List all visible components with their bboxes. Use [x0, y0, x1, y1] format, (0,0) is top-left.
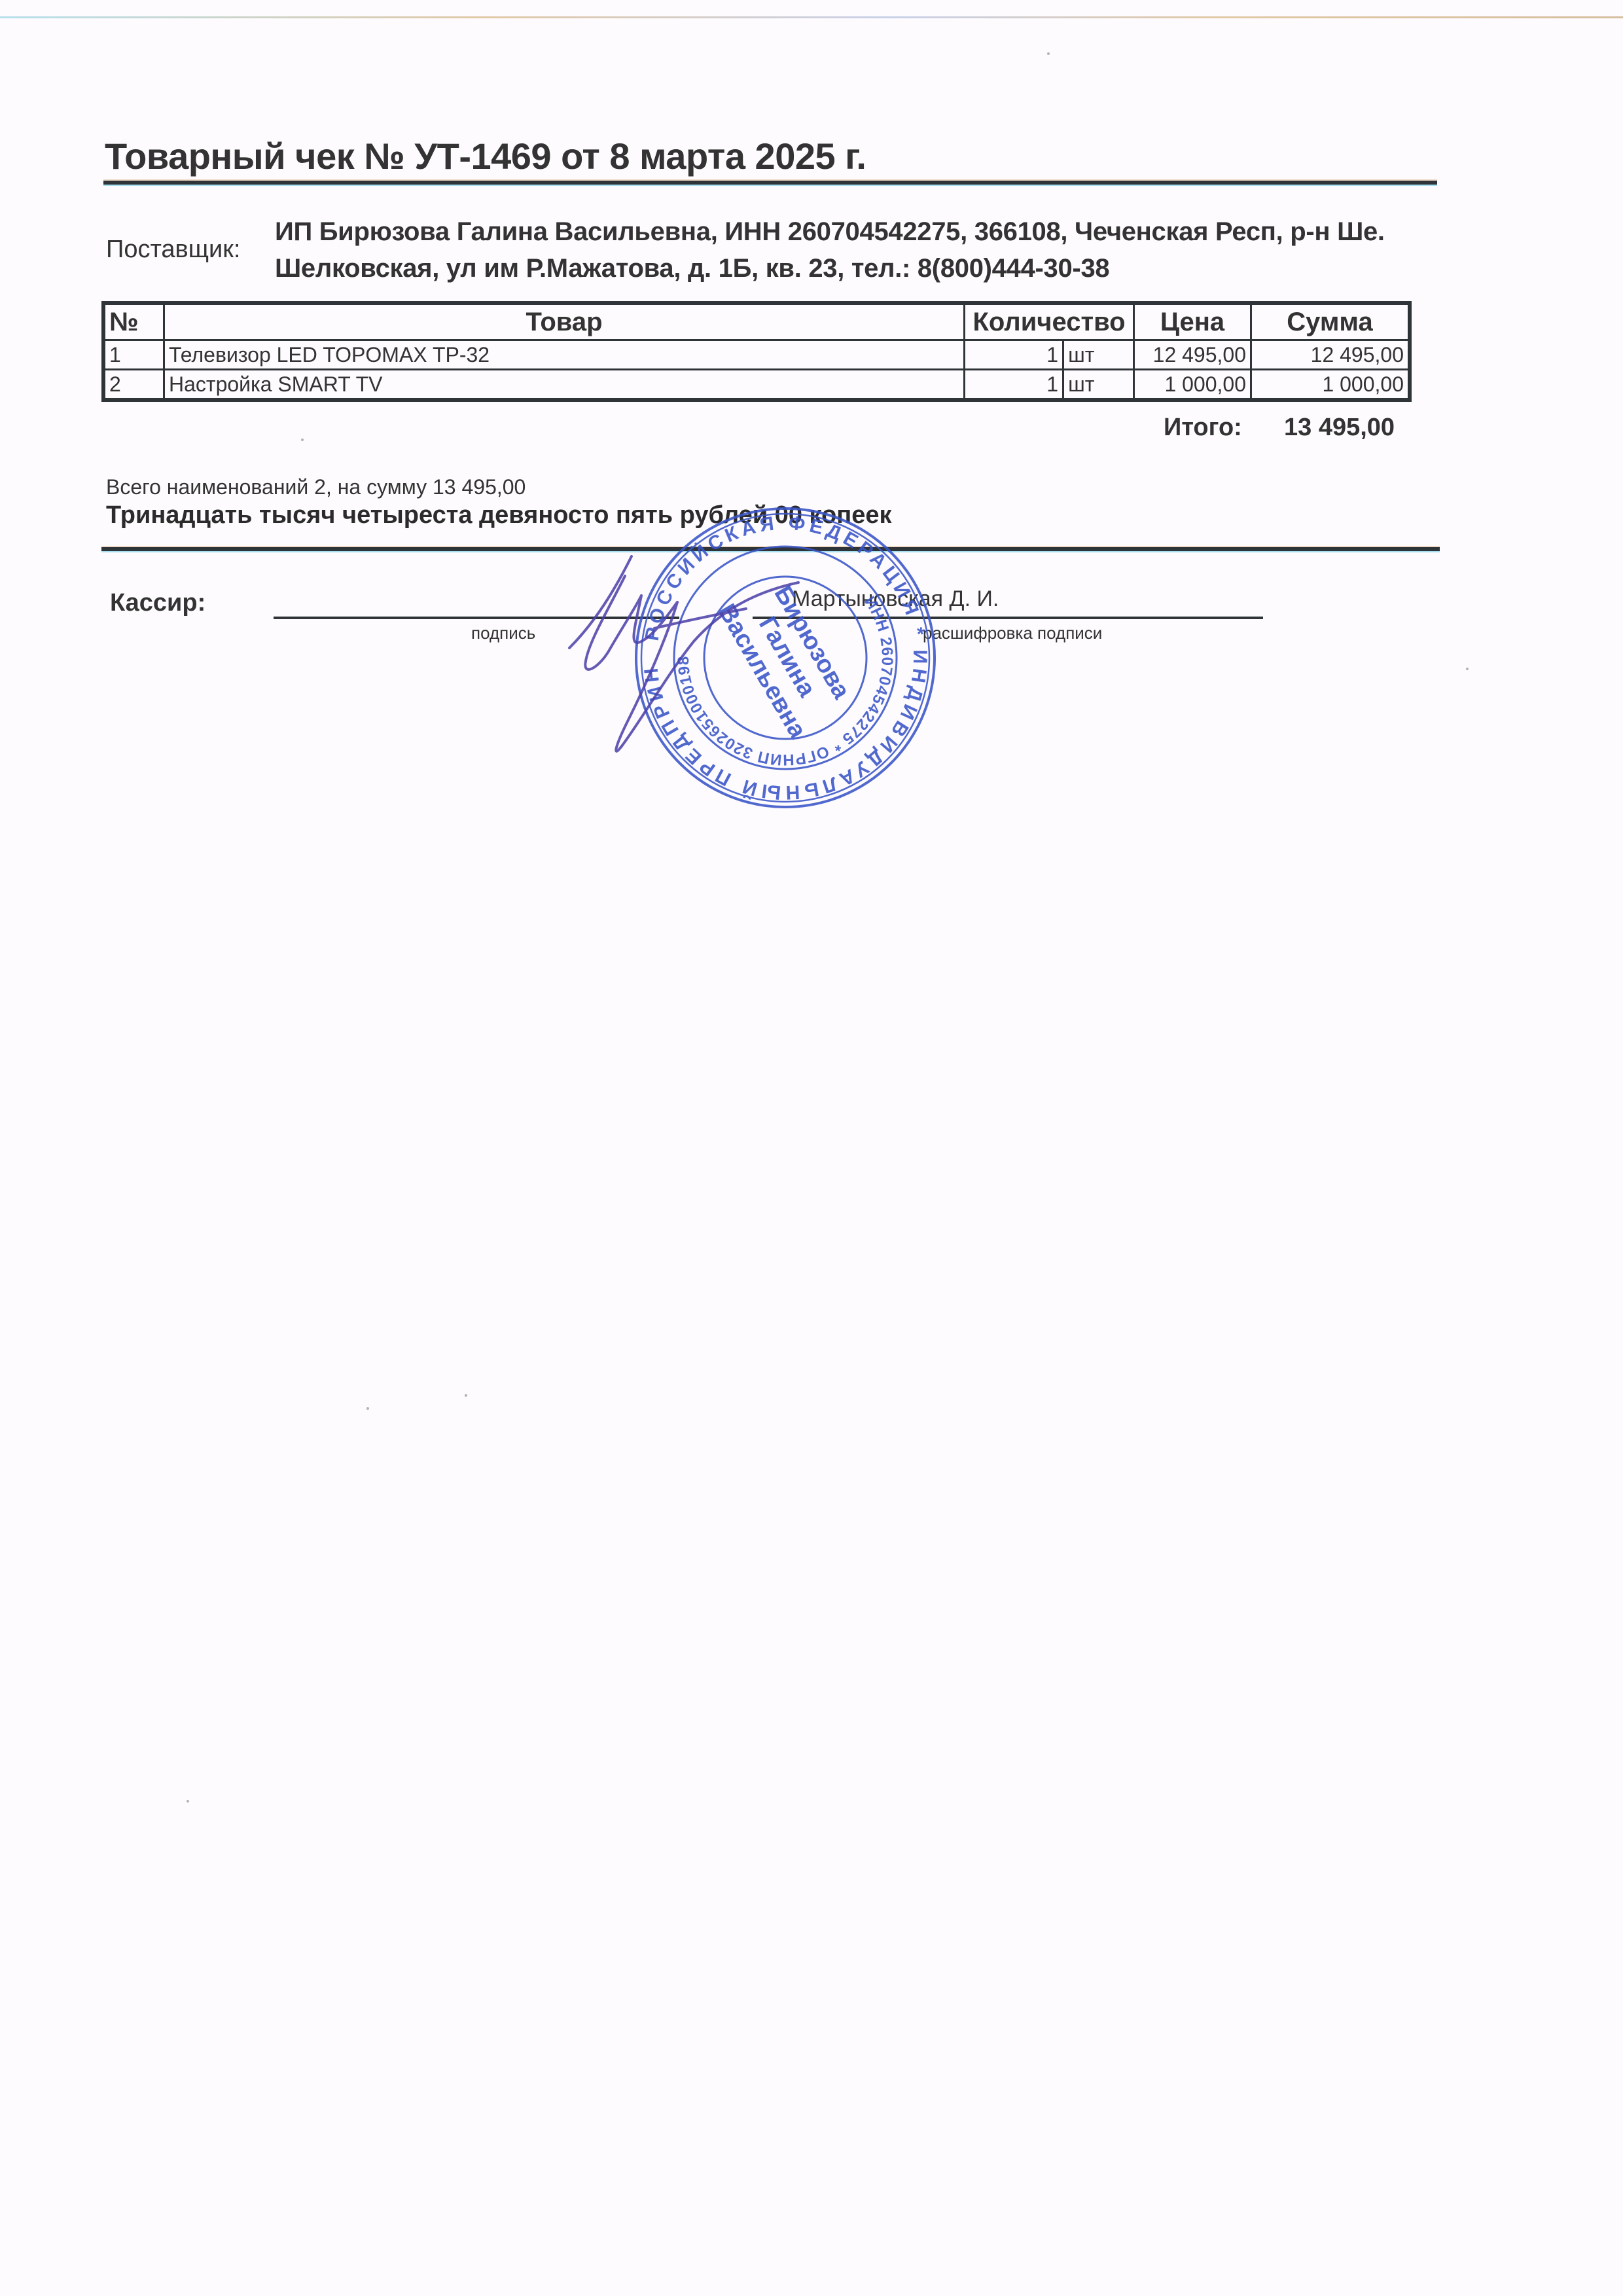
supplier-label: Поставщик: — [106, 236, 240, 264]
scan-speck — [1466, 668, 1469, 670]
scan-speck — [301, 439, 304, 441]
scan-speck — [1047, 52, 1050, 55]
header-quantity: Количество — [965, 303, 1134, 340]
table-row: 2 Настройка SMART TV 1 шт 1 000,00 1 000… — [103, 370, 1410, 401]
supplier-line-2: Шелковская, ул им Р.Мажатова, д. 1Б, кв.… — [275, 250, 1453, 287]
row-price: 1 000,00 — [1134, 370, 1251, 401]
row-qty: 1 — [965, 370, 1063, 401]
handwritten-signature-icon — [563, 537, 811, 772]
header-num: № — [103, 303, 164, 340]
header-sum: Сумма — [1251, 303, 1410, 340]
row-qty: 1 — [965, 340, 1063, 370]
row-price: 12 495,00 — [1134, 340, 1251, 370]
header-price: Цена — [1134, 303, 1251, 340]
row-item-name: Настройка SMART TV — [164, 370, 965, 401]
header-name: Товар — [164, 303, 965, 340]
items-table: № Товар Количество Цена Сумма 1 Телевизо… — [101, 301, 1412, 402]
supplier-line-1: ИП Бирюзова Галина Васильевна, ИНН 26070… — [275, 213, 1453, 250]
title-divider — [103, 181, 1437, 185]
name-caption: расшифровка подписи — [923, 623, 1102, 643]
row-unit: шт — [1063, 370, 1134, 401]
row-num: 2 — [103, 370, 164, 401]
row-num: 1 — [103, 340, 164, 370]
scan-speck — [187, 1800, 189, 1803]
cashier-label: Кассир: — [110, 589, 205, 617]
table-row: 1 Телевизор LED TOPOMAX TP-32 1 шт 12 49… — [103, 340, 1410, 370]
total-label: Итого: — [1164, 414, 1242, 442]
row-sum: 12 495,00 — [1251, 340, 1410, 370]
total-value: 13 495,00 — [1284, 414, 1395, 442]
signature-caption: подпись — [471, 623, 535, 643]
table-header-row: № Товар Количество Цена Сумма — [103, 303, 1410, 340]
scan-edge-line — [0, 16, 1623, 18]
supplier-details: ИП Бирюзова Галина Васильевна, ИНН 26070… — [275, 213, 1453, 287]
row-sum: 1 000,00 — [1251, 370, 1410, 401]
row-unit: шт — [1063, 340, 1134, 370]
scan-speck — [465, 1394, 467, 1397]
row-item-name: Телевизор LED TOPOMAX TP-32 — [164, 340, 965, 370]
scan-speck — [366, 1407, 369, 1410]
document-title: Товарный чек № УТ-1469 от 8 марта 2025 г… — [105, 135, 866, 177]
items-summary: Всего наименований 2, на сумму 13 495,00 — [106, 475, 526, 499]
